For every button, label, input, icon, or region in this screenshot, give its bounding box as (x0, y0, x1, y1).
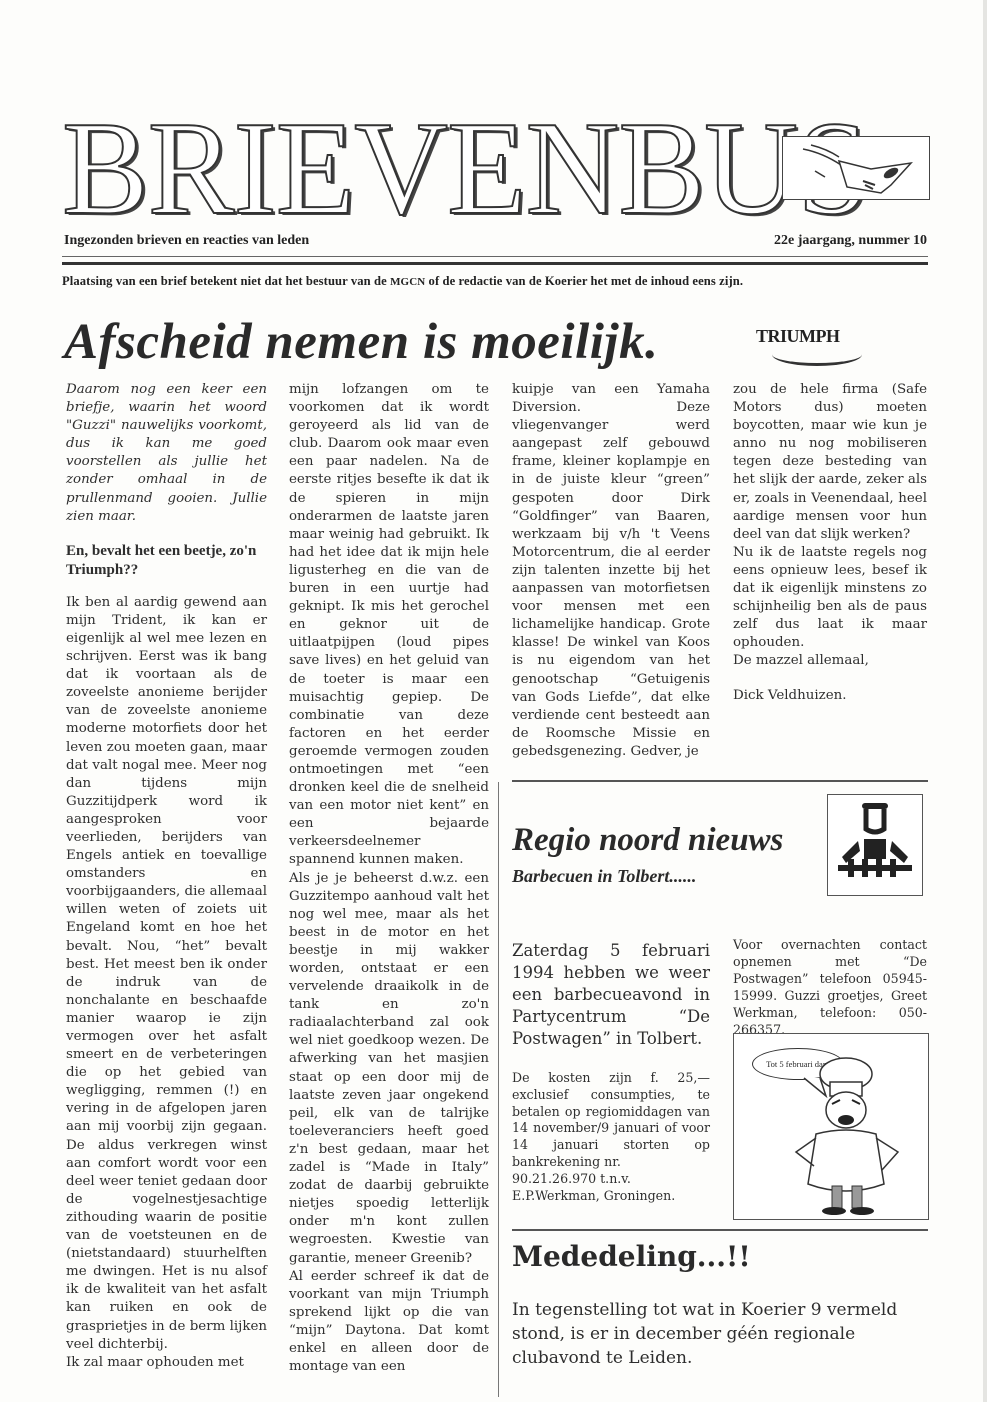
chef-barbecue-icon (827, 794, 923, 896)
divider-thick (62, 262, 928, 265)
article-paragraph: Nu ik de laatste regels nog eens opnieuw… (733, 544, 927, 653)
mededeling-title: Mededeling...!! (512, 1240, 751, 1273)
article-paragraph: De mazzel allemaal, (733, 652, 927, 670)
section-divider (512, 1229, 928, 1231)
issue-number: 22e jaargang, nummer 10 (774, 233, 927, 249)
article-paragraph: Ik ben al aardig gewend aan mijn Trident… (66, 594, 267, 1354)
article-paragraph: Al eerder schreef ik dat de voorkant van… (289, 1268, 489, 1377)
masthead-title: BRIEVENBUS (62, 108, 712, 228)
article-paragraph: mijn lofzangen om te voorkomen dat ik wo… (289, 381, 489, 870)
article-subhead: En, bevalt het een beetje, zo'n Triumph?… (66, 542, 267, 580)
page-edge (983, 0, 987, 1402)
regio-subtitle: Barbecuen in Tolbert...... (512, 866, 696, 887)
article-paragraph: Als je je beheerst d.w.z. een Guzzitempo… (289, 870, 489, 1268)
article-headline: Afscheid nemen is moeilijk. (64, 312, 658, 372)
regio-announcement: Zaterdag 5 februari 1994 hebben we weer … (512, 940, 710, 1050)
regio-contact: Voor overnachten contact opnemen met “De… (733, 936, 927, 1038)
account-holder: E.P.Werkman, Groningen. (512, 1188, 710, 1205)
flying-letter-icon (782, 136, 930, 200)
article-intro: Daarom nog een keer een briefje, waarin … (66, 381, 267, 526)
article-column-4: zou de hele firma (Safe Motors dus) moet… (733, 381, 927, 705)
column-divider (498, 782, 499, 1397)
article-signature: Dick Veldhuizen. (733, 687, 927, 705)
article-paragraph: kuipje van een Yamaha Diversion. Deze vl… (512, 381, 710, 761)
divider-thin (62, 256, 928, 257)
disclaimer: Plaatsing van een brief betekent niet da… (62, 274, 928, 289)
triumph-logo-arc (772, 343, 862, 366)
regio-title: Regio noord nieuws (512, 822, 783, 859)
article-paragraph: zou de hele firma (Safe Motors dus) moet… (733, 381, 927, 544)
article-column-2: mijn lofzangen om te voorkomen dat ik wo… (289, 381, 489, 1376)
article-column-1: Daarom nog een keer een briefje, waarin … (66, 381, 267, 1372)
bank-account: 90.21.26.970 t.n.v. (512, 1171, 710, 1188)
article-column-3: kuipje van een Yamaha Diversion. Deze vl… (512, 381, 710, 761)
chef-cartoon-icon: Tot 5 februari dan! (733, 1033, 929, 1220)
article-paragraph: Ik zal maar ophouden met (66, 1354, 267, 1372)
mededeling-text: In tegenstelling tot wat in Koerier 9 ve… (512, 1298, 932, 1370)
section-divider (512, 780, 928, 782)
regio-costs: De kosten zijn f. 25,— exclusief consump… (512, 1070, 710, 1204)
masthead-subtitle: Ingezonden brieven en reacties van leden (64, 233, 309, 249)
